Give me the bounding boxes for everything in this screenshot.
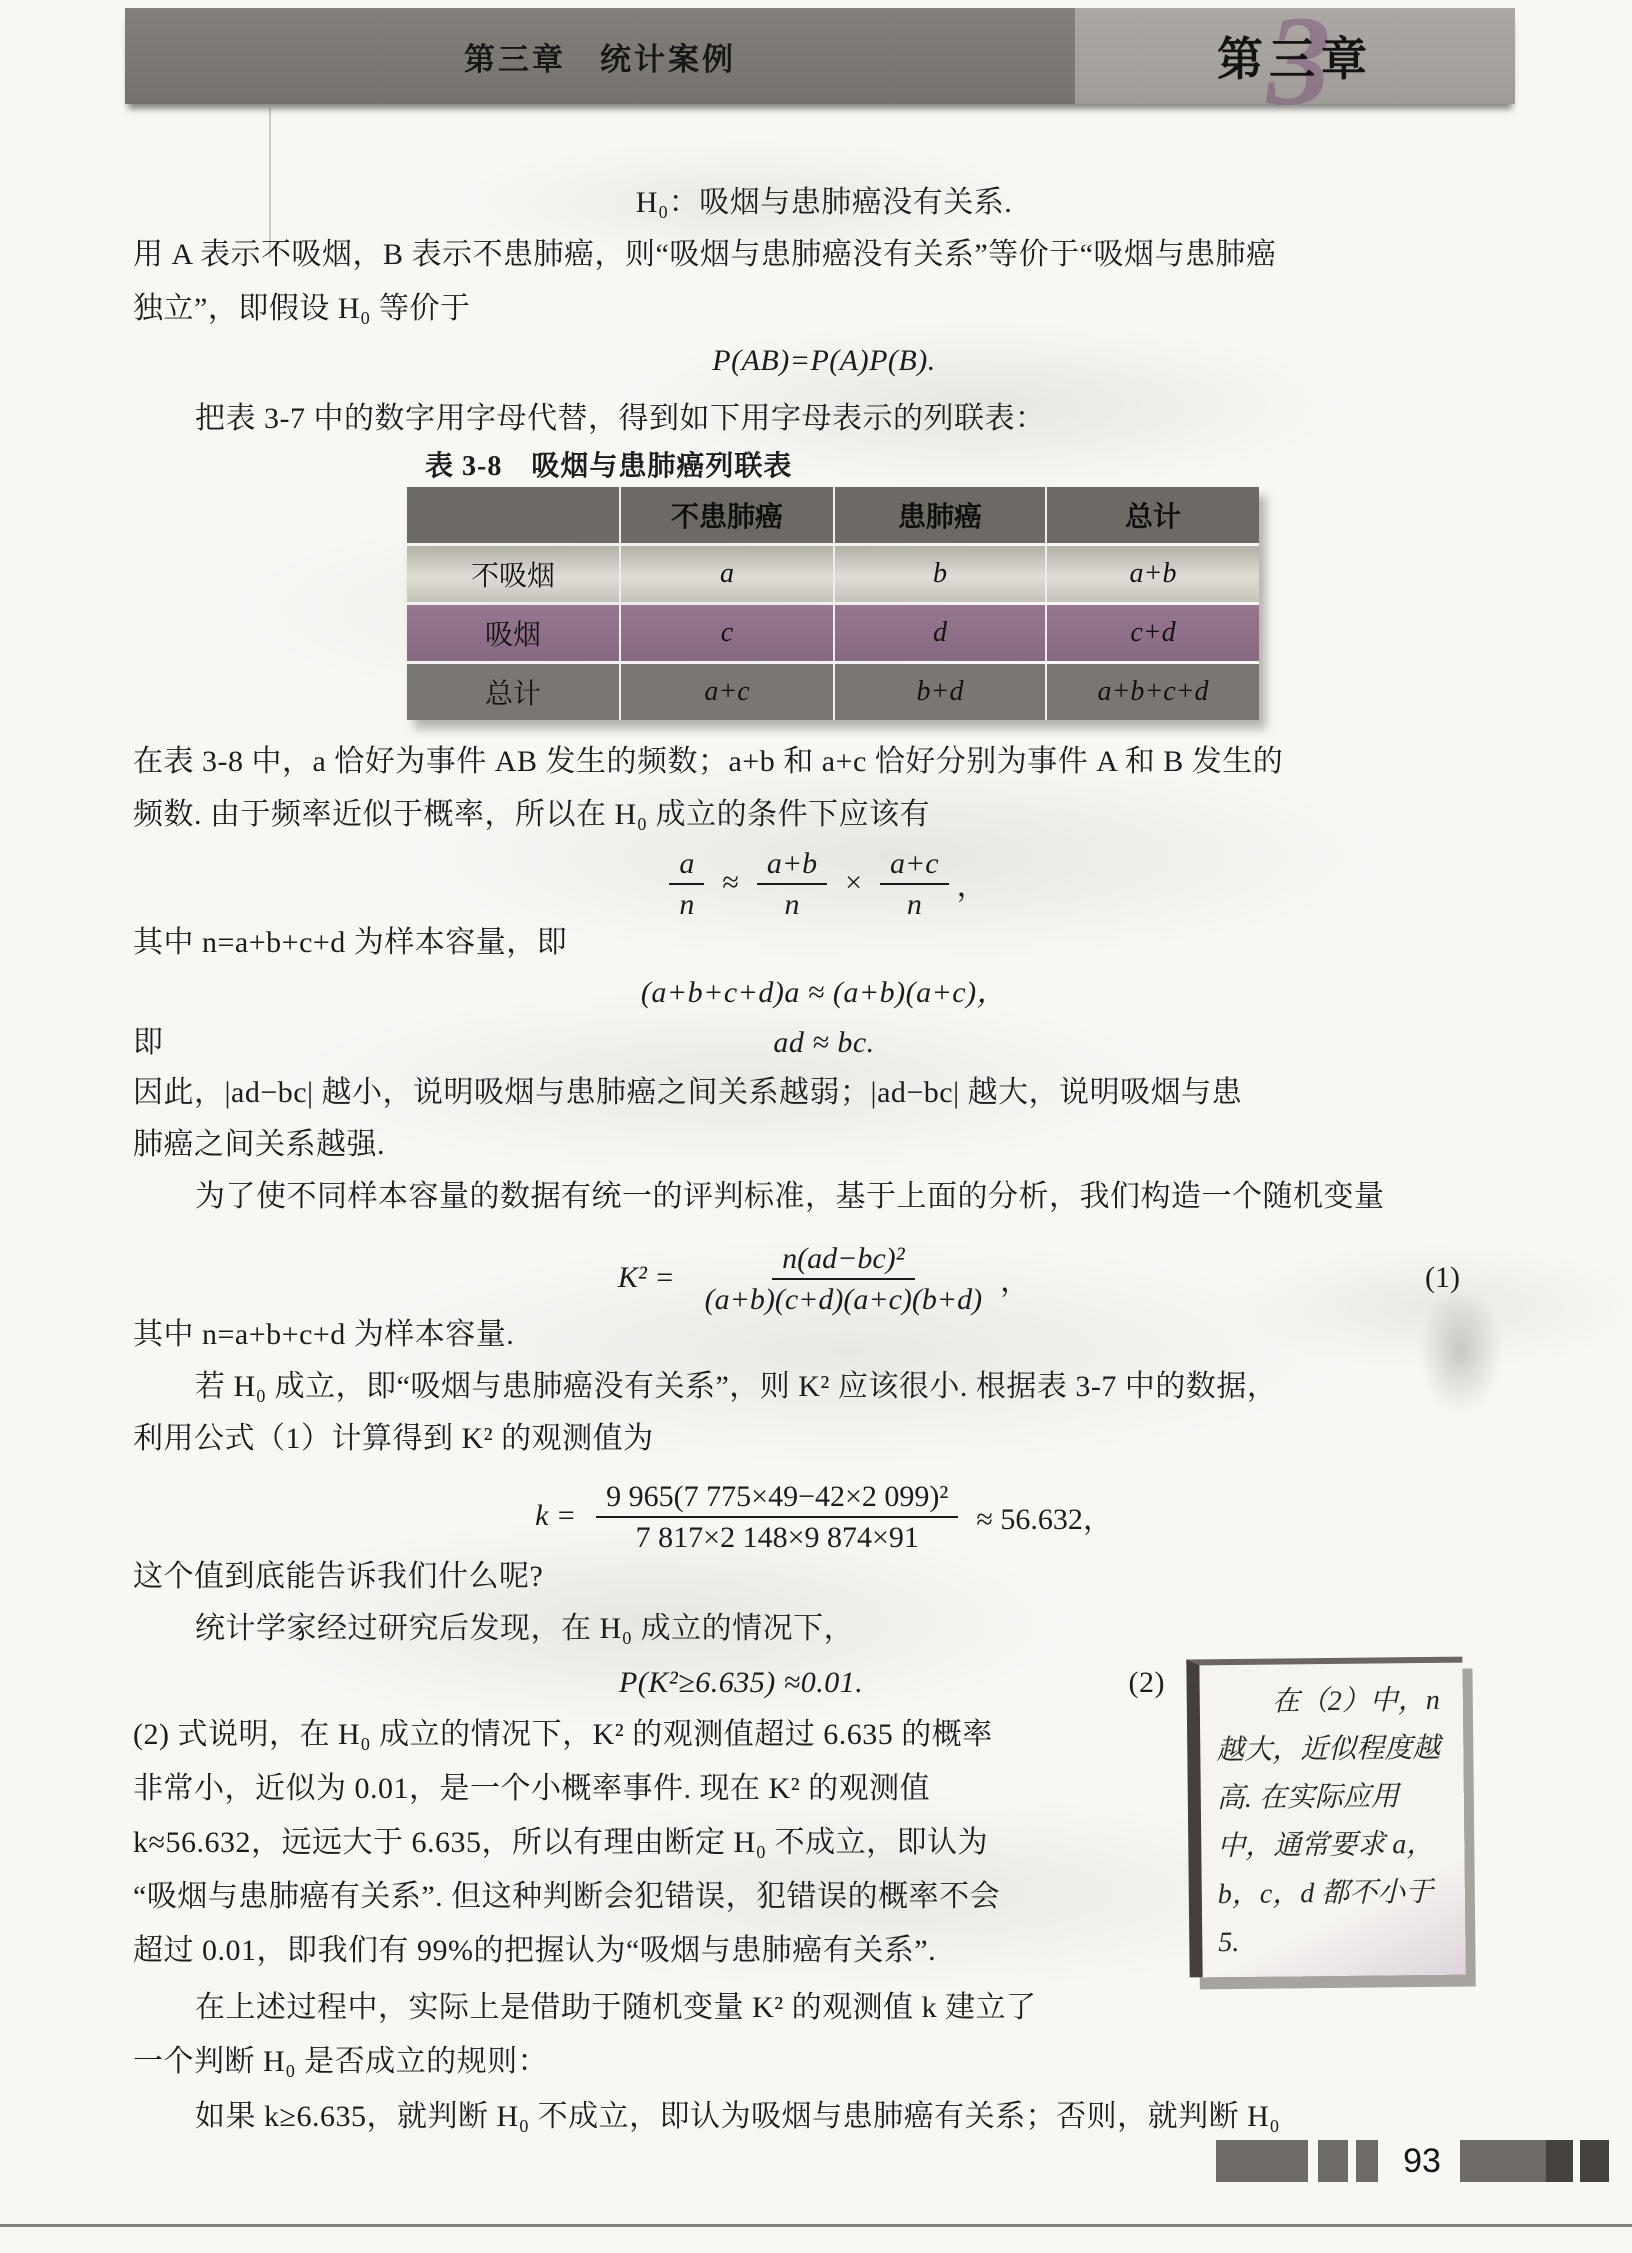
fraction: a+b n: [757, 845, 827, 921]
formula-adbc: ad ≈ bc.: [773, 1016, 874, 1070]
cell-value: a+b+c+d: [1097, 676, 1208, 708]
text-line: 非常小，近似为 0.01，是一个小概率事件. 现在 K² 的观测值: [133, 1762, 1163, 1816]
formula-p: P(K²≥6.635) ≈0.01.: [619, 1656, 863, 1710]
page-number: 93: [1392, 2140, 1452, 2182]
row-label: 总计: [407, 664, 619, 720]
cell-value: a+b: [1130, 558, 1177, 590]
fraction: n(ad−bc)² (a+b)(c+d)(a+c)(b+d): [695, 1240, 993, 1316]
chapter-header-left: 第三章 统计案例: [125, 8, 1075, 104]
table-header-cell: 总计: [1045, 487, 1259, 543]
table-total-row: 总计 a+c b+d a+b+c+d: [407, 664, 1259, 720]
approx-operator: ≈: [722, 866, 738, 900]
formula-result: ≈ 56.632，: [976, 1494, 1112, 1538]
text-line: 肺癌之间关系越强.: [133, 1118, 1515, 1172]
text-line: 因此，|ad−bc| 越小，说明吸烟与患肺癌之间关系越弱；|ad−bc| 越大，…: [133, 1066, 1515, 1120]
table-row: 吸烟 c d c+d: [407, 605, 1259, 661]
text-line: 把表 3-7 中的数字用字母代替，得到如下用字母表示的列联表：: [133, 392, 1577, 446]
equation-number: (1): [1425, 1261, 1460, 1295]
footer-bar-dark: [1580, 2140, 1609, 2182]
footer-bar-dark: [1546, 2140, 1573, 2182]
footer-bar: [1318, 2140, 1348, 2182]
formula-pab: P(AB)=P(A)P(B).: [133, 334, 1515, 388]
margin-note: 在（2）中，n 越大，近似程度越高. 在实际应用中，通常要求 a，b，c，d 都…: [1186, 1657, 1465, 1978]
text-line: 统计学家经过研究后发现，在 H₀ 成立的情况下，: [133, 1602, 1577, 1656]
text-line: 超过 0.01，即我们有 99%的把握认为“吸烟与患肺癌有关系”.: [133, 1924, 1163, 1978]
text-line: 若 H₀ 成立，即“吸烟与患肺癌没有关系”，则 K² 应该很小. 根据表 3-7…: [133, 1360, 1577, 1414]
table-corner-cell: [407, 487, 619, 543]
text-line: 利用公式（1）计算得到 K² 的观测值为: [133, 1412, 1515, 1466]
formula-tail: ，: [957, 861, 987, 905]
footer-bar: [1460, 2140, 1546, 2182]
text-line: 其中 n=a+b+c+d 为样本容量，即: [133, 916, 1515, 970]
textbook-page-scan: 第三章 统计案例 3 第三章 H₀：吸烟与患肺癌没有关系. 用 A 表示不吸烟，…: [0, 0, 1632, 2253]
margin-note-text: 在（2）中，n 越大，近似程度越高. 在实际应用中，通常要求 a，b，c，d 都…: [1216, 1677, 1452, 1967]
hypothesis-line: H₀：吸烟与患肺癌没有关系.: [133, 176, 1515, 230]
table-row: 不吸烟 a b a+b: [407, 546, 1259, 602]
cell-value: b+d: [917, 676, 964, 708]
table-header-cell: 不患肺癌: [619, 487, 833, 543]
row-label: 吸烟: [407, 605, 619, 661]
table-caption: 表 3-8 吸烟与患肺癌列联表: [425, 444, 792, 484]
text-line: 为了使不同样本容量的数据有统一的评判标准，基于上面的分析，我们构造一个随机变量: [133, 1170, 1577, 1224]
cell-value: c: [721, 617, 733, 649]
cell-value: b: [933, 558, 947, 590]
fraction: 9 965(7 775×49−42×2 099)² 7 817×2 148×9 …: [596, 1478, 958, 1554]
text-line: 如果 k≥6.635，就判断 H₀ 不成立，即认为吸烟与患肺癌有关系；否则，就判…: [133, 2090, 1577, 2144]
formula-expanded: (a+b+c+d)a ≈ (a+b)(a+c)，: [133, 966, 1515, 1020]
chapter-header-bar: 第三章 统计案例 3 第三章: [125, 8, 1515, 104]
equation-number: (2): [1129, 1656, 1165, 1710]
formula-lhs: k =: [535, 1499, 576, 1533]
text-line: 在上述过程中，实际上是借助于随机变量 K² 的观测值 k 建立了: [133, 1981, 1577, 2035]
text-line: 用 A 表示不吸烟，B 表示不患肺癌，则“吸烟与患肺癌没有关系”等价于“吸烟与患…: [133, 228, 1515, 282]
contingency-table: 不患肺癌 患肺癌 总计 不吸烟 a b a+b 吸烟 c d c+d 总计 a+…: [407, 487, 1259, 720]
text-line: 一个判断 H₀ 是否成立的规则：: [133, 2035, 1515, 2089]
table-header-cell: 患肺癌: [833, 487, 1045, 543]
text-line: 其中 n=a+b+c+d 为样本容量.: [133, 1308, 1515, 1362]
cell-value: a+c: [704, 676, 749, 708]
formula-lhs: K² =: [618, 1261, 675, 1295]
scan-edge-line: [0, 2224, 1632, 2227]
table-header-row: 不患肺癌 患肺癌 总计: [407, 487, 1259, 543]
chapter-header-right: 3 第三章: [1075, 8, 1515, 104]
fraction: a+c n: [880, 845, 949, 921]
fraction: a n: [669, 845, 704, 921]
running-head-title: 第三章 统计案例: [464, 34, 736, 79]
cell-value: c+d: [1130, 617, 1175, 649]
text-line: 这个值到底能告诉我们什么呢?: [133, 1550, 1515, 1604]
footer-bar: [1216, 2140, 1308, 2182]
cell-value: d: [933, 617, 947, 649]
text-line: (2) 式说明，在 H₀ 成立的情况下，K² 的观测值超过 6.635 的概率: [133, 1708, 1163, 1762]
chapter-tab-title: 第三章: [1217, 23, 1373, 89]
row-label: 不吸烟: [407, 546, 619, 602]
ji-label: 即: [133, 1026, 164, 1059]
text-line: 独立”，即假设 H₀ 等价于: [133, 282, 1515, 336]
footer-bar: [1356, 2140, 1378, 2182]
cell-value: a: [720, 558, 734, 590]
text-line: 在表 3-8 中，a 恰好为事件 AB 发生的频数；a+b 和 a+c 恰好分别…: [133, 735, 1515, 789]
formula-adbc-line: 即 ad ≈ bc.: [133, 1016, 1515, 1070]
formula-tail: ，: [1000, 1256, 1030, 1300]
text-line: k≈56.632，远远大于 6.635，所以有理由断定 H₀ 不成立，即认为: [133, 1816, 1163, 1870]
text-line: “吸烟与患肺癌有关系”. 但这种判断会犯错误，犯错误的概率不会: [133, 1870, 1163, 1924]
times-operator: ×: [845, 866, 862, 900]
